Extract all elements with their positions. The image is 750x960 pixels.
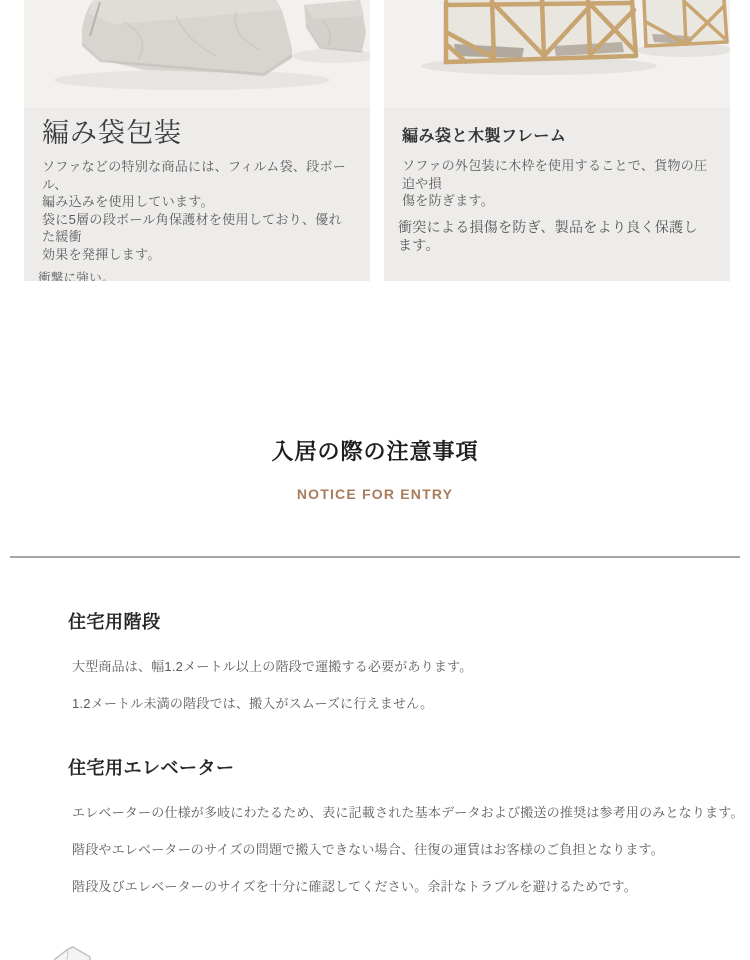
wooden-crate-image bbox=[384, 0, 730, 108]
elevator-notes-section: 住宅用エレベーター エレベーターの仕様が多岐にわたるため、表に記載された基本デー… bbox=[68, 758, 744, 894]
wrapped-sofa-image bbox=[24, 0, 370, 108]
stairs-note-item: 大型商品は、幅1.2メートル以上の階段で運搬する必要があります。 bbox=[68, 659, 472, 674]
stairs-note-item: 1.2メートル未満の階段では、搬入がスムーズに行えません。 bbox=[68, 696, 472, 711]
section-divider bbox=[10, 556, 740, 558]
notice-section-header: 入居の際の注意事項 NOTICE FOR ENTRY bbox=[0, 440, 750, 502]
wooden-crates-illustration bbox=[384, 0, 730, 108]
elevator-heading: 住宅用エレベーター bbox=[68, 758, 744, 779]
card-content: 編み袋と木製フレーム ソファの外包装に木枠を使用することで、貨物の圧迫や損 傷を… bbox=[384, 127, 730, 254]
sofa-outline-icon bbox=[52, 946, 96, 960]
sofa-packages-illustration bbox=[24, 0, 370, 108]
stairs-heading: 住宅用階段 bbox=[68, 612, 472, 633]
elevator-note-item: 階段やエレベーターのサイズの問題で搬入できない場合、往復の運賃はお客様のご負担と… bbox=[68, 842, 744, 857]
packaging-card-wooden-frame: 編み袋と木製フレーム ソファの外包装に木枠を使用することで、貨物の圧迫や損 傷を… bbox=[384, 0, 730, 281]
elevator-note-item: 階段及びエレベーターのサイズを十分に確認してください。余計なトラブルを避けるため… bbox=[68, 879, 744, 894]
card-note: 衝撃に強い。 bbox=[38, 270, 352, 281]
packaging-cards-row: 編み袋包装 ソファなどの特別な商品には、フィルム袋、段ボール、 編み込みを使用し… bbox=[24, 0, 730, 281]
card-content: 編み袋包装 ソファなどの特別な商品には、フィルム袋、段ボール、 編み込みを使用し… bbox=[24, 118, 370, 281]
section-subtitle: NOTICE FOR ENTRY bbox=[0, 486, 750, 502]
card-title: 編み袋包装 bbox=[42, 118, 352, 148]
card-note: 衝突による損傷を防ぎ、製品をより良く保護します。 bbox=[398, 218, 712, 254]
section-title: 入居の際の注意事項 bbox=[0, 440, 750, 464]
elevator-note-item: エレベーターの仕様が多岐にわたるため、表に記載された基本データおよび搬送の推奨は… bbox=[68, 805, 744, 820]
stairs-notes-section: 住宅用階段 大型商品は、幅1.2メートル以上の階段で運搬する必要があります。 1… bbox=[68, 612, 472, 711]
card-description: ソファなどの特別な商品には、フィルム袋、段ボール、 編み込みを使用しています。 … bbox=[42, 158, 352, 263]
packaging-card-woven-bag: 編み袋包装 ソファなどの特別な商品には、フィルム袋、段ボール、 編み込みを使用し… bbox=[24, 0, 370, 281]
card-title: 編み袋と木製フレーム bbox=[402, 127, 712, 147]
card-description: ソファの外包装に木枠を使用することで、貨物の圧迫や損 傷を防ぎます。 bbox=[402, 157, 712, 210]
